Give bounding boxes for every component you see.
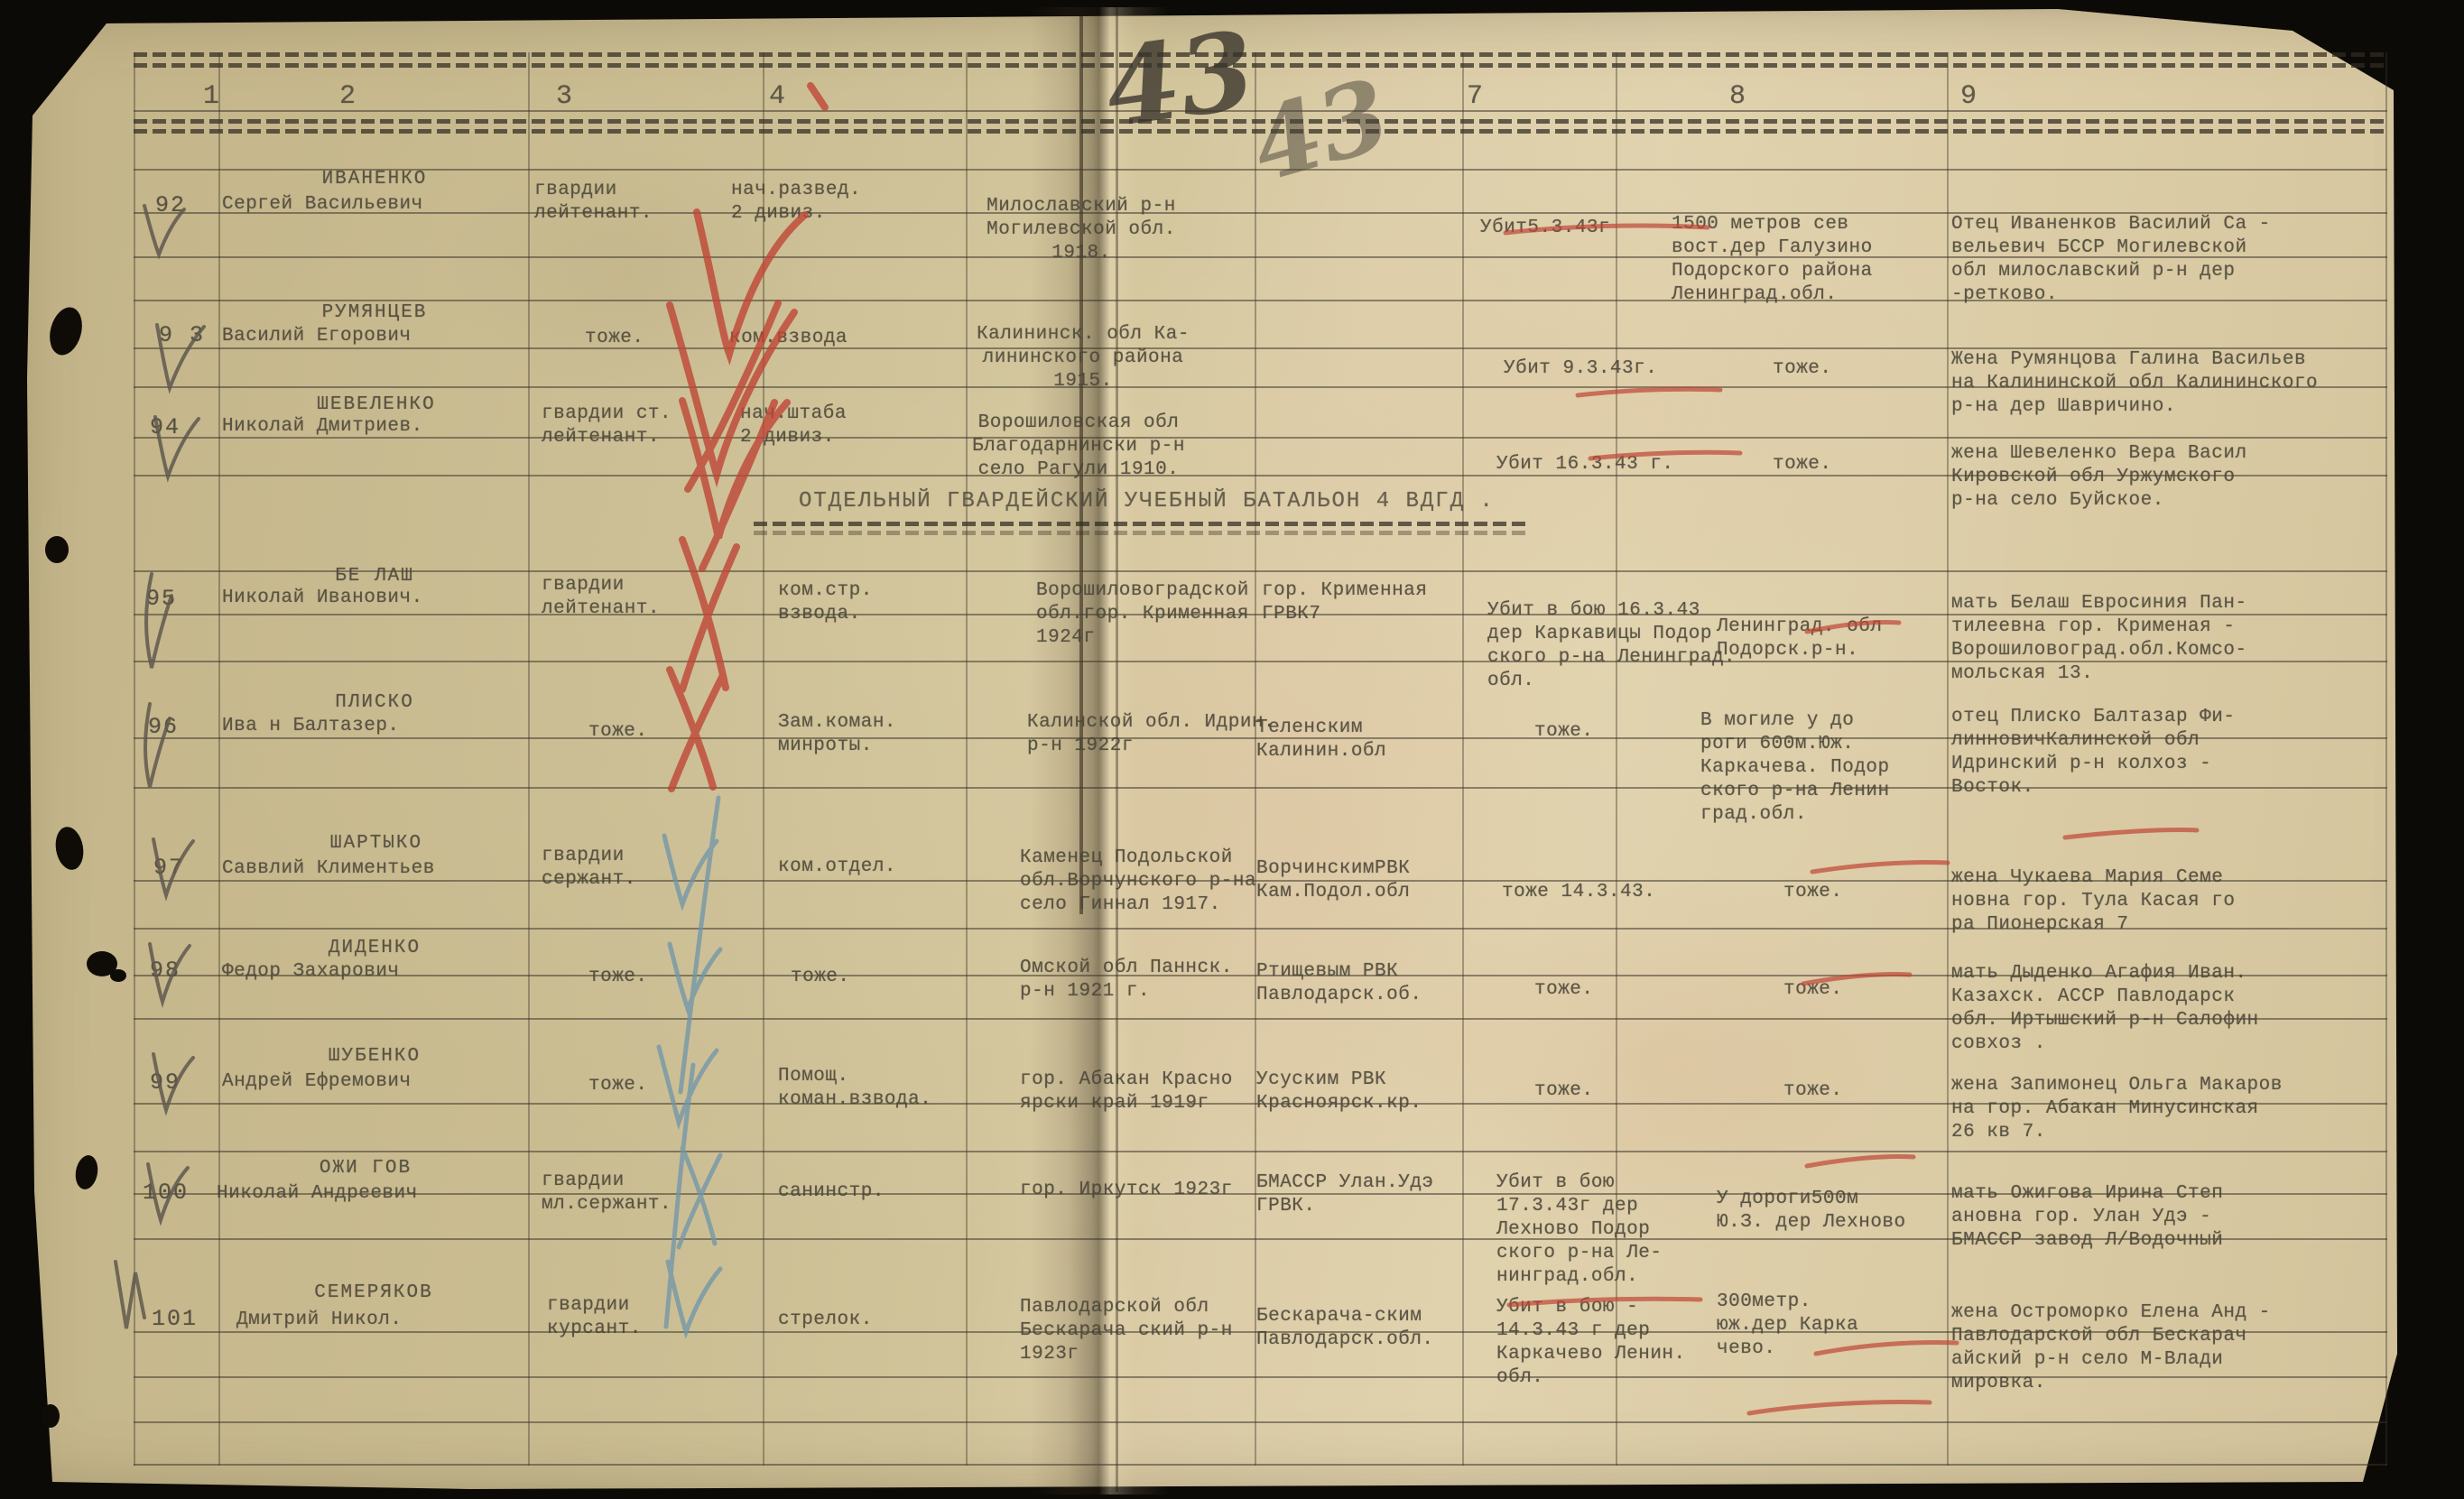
blue-checkmarks	[659, 798, 720, 1332]
pencil-checkmarks	[116, 206, 204, 1328]
handwritten-marks-overlay	[0, 0, 2464, 1499]
red-underlines	[1505, 226, 2197, 1413]
scanned-document-sheet: 1 2 3 4 7 8 9 43 43 ОТДЕЛЬНЫЙ ГВАРДЕЙСКИ…	[0, 0, 2464, 1499]
red-checkmarks	[670, 86, 825, 789]
